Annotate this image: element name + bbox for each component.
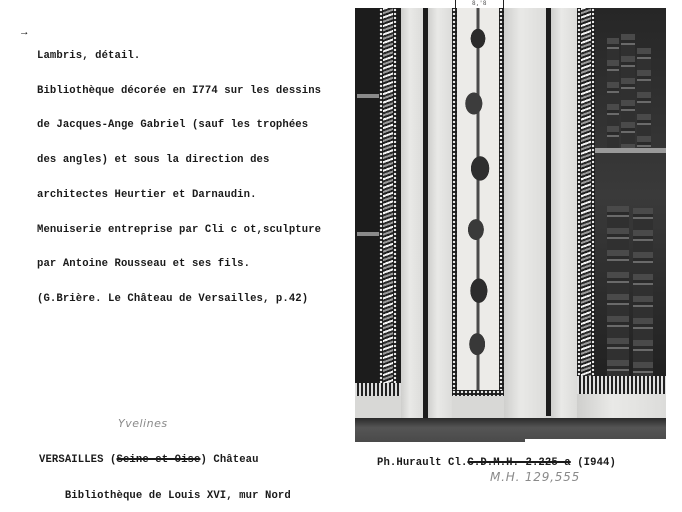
wall-stile (504, 8, 546, 420)
carved-frame-bottom (577, 376, 666, 394)
photo-credit: Ph.Hurault Cl.C.D.M.H. 2.225 a (I944) (377, 458, 616, 470)
description-line: Bibliothèque décorée en I774 sur les des… (37, 86, 321, 98)
credit-year: (I944) (577, 457, 616, 469)
description-line: Lambris, détail. (37, 51, 321, 63)
photo-edge (525, 439, 666, 442)
handwritten-reference: M.H. 129,555 (490, 470, 580, 484)
book-spine (607, 38, 619, 148)
book-spine (633, 208, 653, 376)
carved-frame (581, 8, 591, 393)
shelf-edge (595, 148, 666, 153)
location-block: VERSAILLES (Seine-et-Oise) Château Bibli… (39, 432, 291, 512)
photograph (355, 8, 666, 442)
measure-tick (503, 0, 504, 8)
description-line: architectes Heurtier et Darnaudin. (37, 190, 321, 202)
arrow-marker-icon: → (21, 28, 27, 40)
door-base (577, 394, 666, 418)
book-spine (621, 34, 635, 148)
description-line: de Jacques-Ange Gabriel (sauf les trophé… (37, 120, 321, 132)
struck-department: Seine-et-Oise (117, 454, 201, 466)
description-line: Menuiserie entreprise par Cli c ot,sculp… (37, 225, 321, 237)
shelf-edge (357, 94, 379, 98)
wall-stile (428, 8, 452, 420)
location-line-room: Bibliothèque de Louis XVI, mur Nord (39, 491, 291, 504)
handwritten-department: Yvelines (118, 417, 168, 430)
description-line: par Antoine Rousseau et ses fils. (37, 259, 321, 271)
book-spine (637, 48, 651, 148)
door-stile (551, 8, 577, 418)
carved-frame (383, 8, 393, 396)
measurement-label: 8,'8 (472, 0, 486, 7)
measure-tick (455, 0, 456, 8)
struck-reference: C.D.M.H. 2.225 a (467, 457, 570, 469)
description-line: des angles) et sous la direction des (37, 155, 321, 167)
bead-molding (393, 8, 397, 396)
description-block: → Lambris, détail. Bibliothèque décorée … (37, 16, 321, 317)
wall-stile (401, 8, 423, 420)
shelf-edge (357, 232, 379, 236)
book-spine (607, 206, 629, 376)
bead-molding-bottom (452, 390, 504, 396)
photographer: Ph.Hurault Cl. (377, 457, 467, 469)
location-line-city: VERSAILLES (Seine-et-Oise) Château (39, 455, 291, 468)
floral-garland-panel (457, 8, 499, 390)
carved-frame-bottom (355, 383, 401, 396)
description-line: (G.Brière. Le Château de Versailles, p.4… (37, 294, 321, 306)
